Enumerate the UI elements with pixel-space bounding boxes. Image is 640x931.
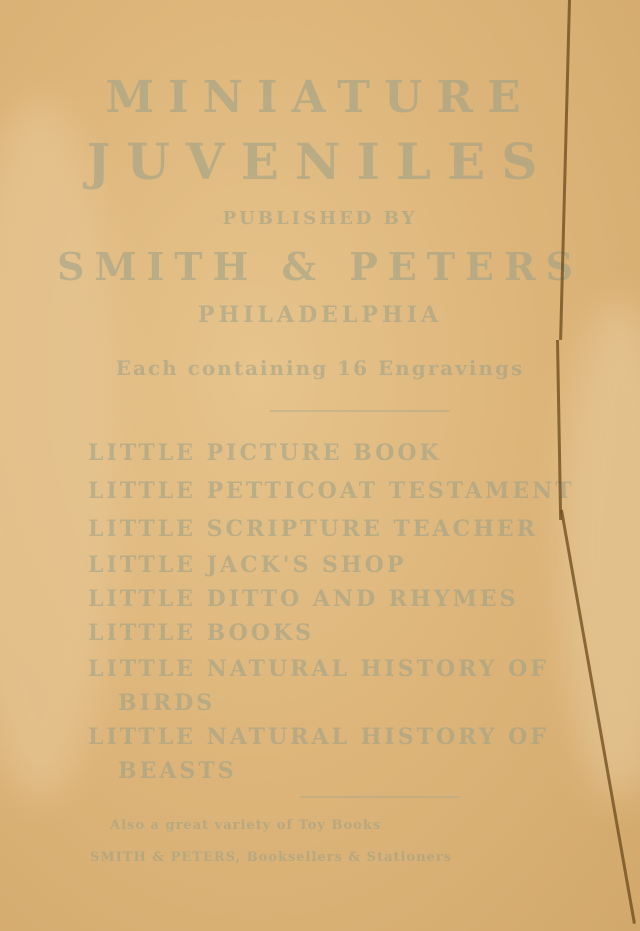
city: PHILADELPHIA — [0, 302, 640, 328]
divider — [300, 796, 460, 798]
list-item: BIRDS — [118, 690, 640, 716]
footer-line-1: Also a great variety of Toy Books — [110, 818, 640, 833]
list-item: LITTLE DITTO AND RHYMES — [88, 586, 640, 612]
list-item: LITTLE SCRIPTURE TEACHER — [88, 516, 640, 542]
title-line-2: JUVENILES — [0, 132, 640, 191]
divider — [270, 410, 450, 412]
list-item: BEASTS — [118, 758, 640, 784]
title-line-1: MINIATURE — [0, 72, 640, 123]
list-item: LITTLE NATURAL HISTORY OF — [88, 656, 640, 682]
list-item: LITTLE BOOKS — [88, 620, 640, 646]
list-item: LITTLE NATURAL HISTORY OF — [88, 724, 640, 750]
note: Each containing 16 Engravings — [0, 356, 640, 380]
footer-line-2: SMITH & PETERS, Booksellers & Stationers — [90, 850, 640, 865]
list-item: LITTLE PETTICOAT TESTAMENT — [88, 478, 640, 504]
publisher-name: SMITH & PETERS — [0, 244, 640, 289]
published-by: PUBLISHED BY — [0, 208, 640, 229]
list-item: LITTLE JACK'S SHOP — [88, 552, 640, 578]
scanned-page: MINIATURE JUVENILES PUBLISHED BY SMITH &… — [0, 0, 640, 931]
